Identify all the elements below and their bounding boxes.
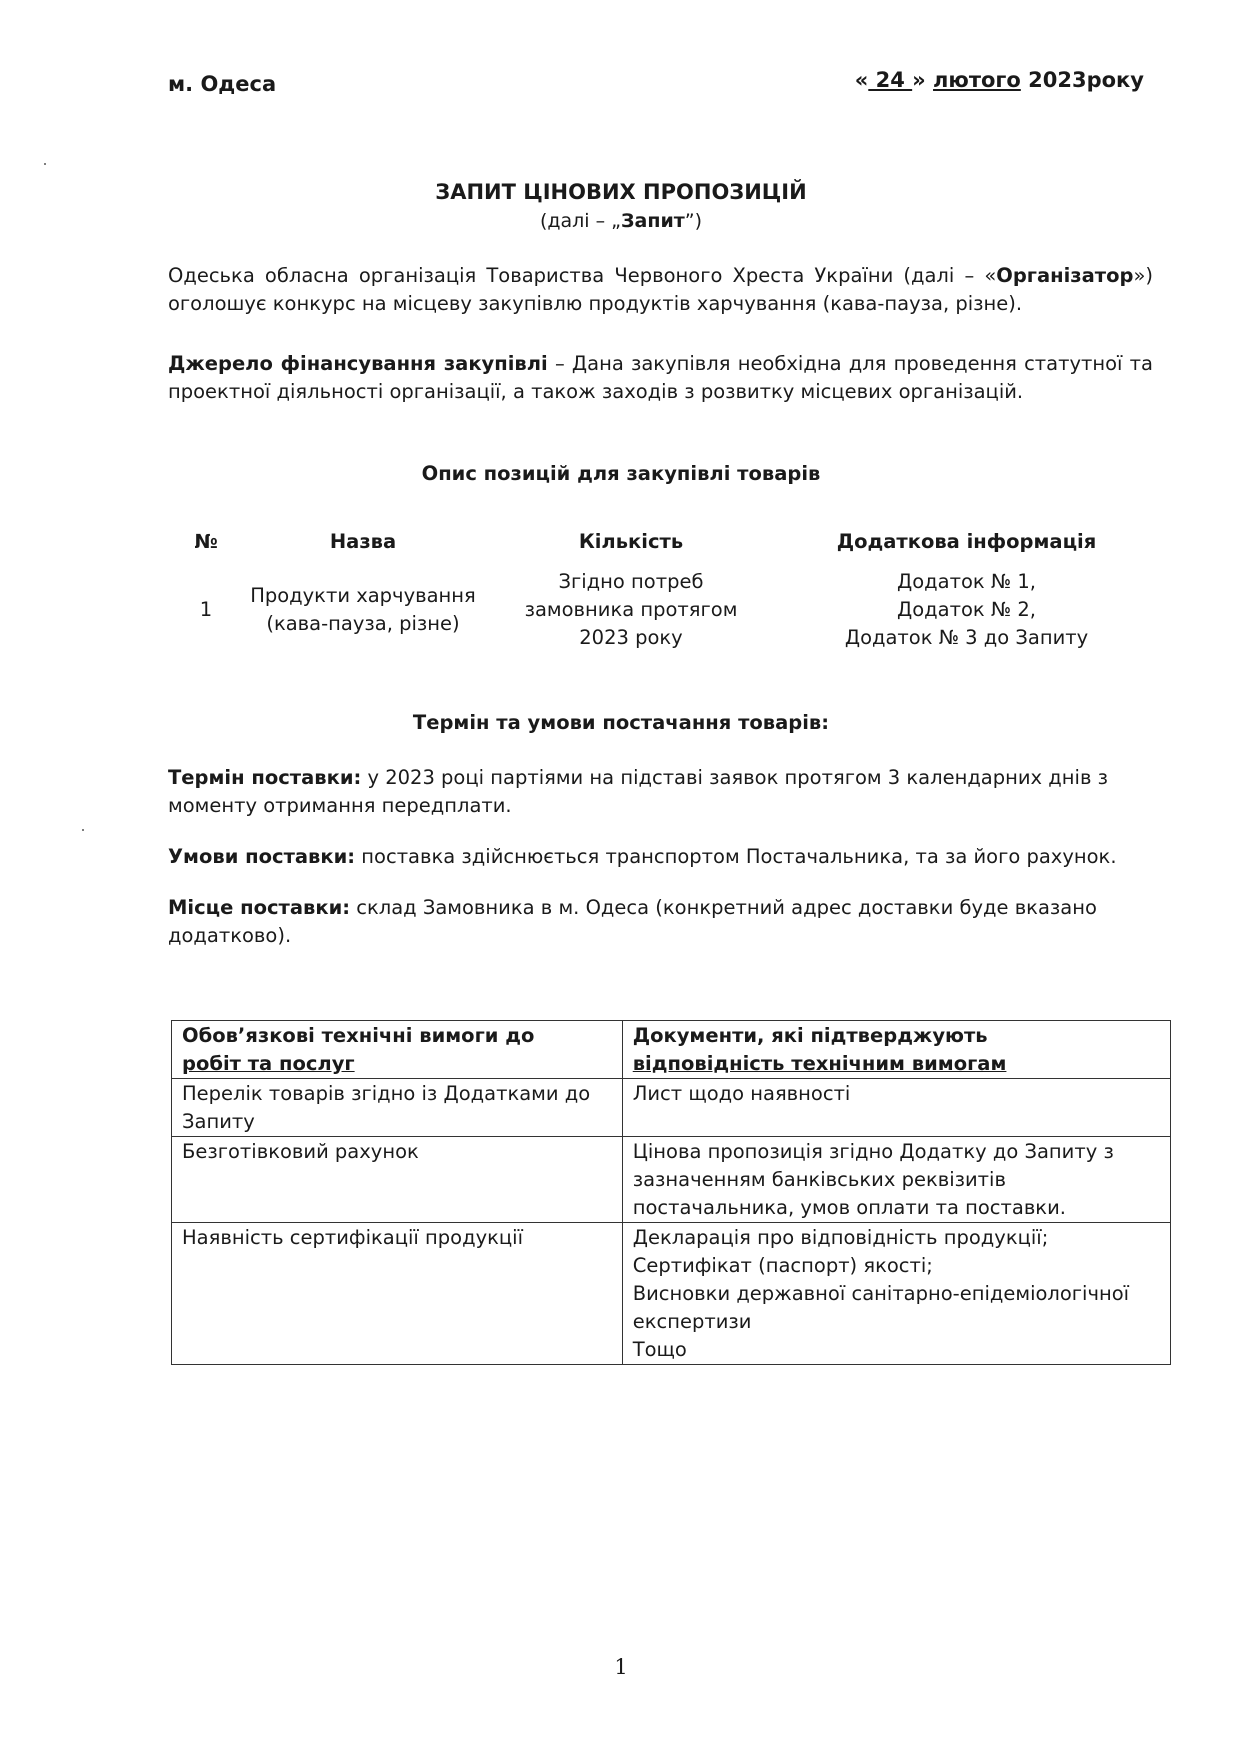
table-row: 1 Продукти харчування (кава-пауза, різне… [168,568,1153,652]
items-table-header: № Назва Кількість Додаткова інформація [168,528,1153,556]
item-quantity-line: 2023 року [482,624,780,652]
cell-line: Запиту [182,1108,612,1136]
funding-label: Джерело фінансування закупівлі [168,352,548,375]
intro-text-before: Одеська обласна організація Товариства Ч… [168,264,996,287]
item-name-line: (кава-пауза, різне) [250,610,476,638]
cell-line: Тощо [633,1336,1160,1364]
item-info-line: Додаток № 3 до Запиту [780,624,1153,652]
item-quantity-line: Згідно потреб [482,568,780,596]
table-row: Безготівковий рахунок Цінова пропозиція … [172,1137,1171,1223]
delivery-term-label: Термін поставки: [168,766,361,789]
document-subtitle: (далі – „Запит”) [0,210,1242,232]
cell-line: Перелік товарів згідно із Додатками до [182,1080,612,1108]
subtitle-suffix: ”) [685,210,702,232]
date-open-quote: « [855,68,869,92]
item-number: 1 [168,568,244,652]
intro-paragraph: Одеська обласна організація Товариства Ч… [168,262,1153,318]
column-header-number: № [168,528,244,556]
date-month: лютого [933,68,1021,92]
cell-line: експертизи [633,1308,1160,1336]
delivery-section-heading: Термін та умови постачання товарів: [0,711,1242,734]
scan-speck [44,163,46,165]
item-quantity: Згідно потреб замовника протягом 2023 ро… [482,568,780,652]
item-info-line: Додаток № 1, [780,568,1153,596]
requirements-table: Обов’язкові технічні вимоги до робіт та … [171,1020,1171,1365]
funding-paragraph: Джерело фінансування закупівлі – Дана за… [168,350,1153,406]
item-info: Додаток № 1, Додаток № 2, Додаток № 3 до… [780,568,1153,652]
delivery-place-paragraph: Місце поставки: склад Замовника в м. Оде… [168,894,1158,950]
delivery-conditions-text: поставка здійснюється транспортом Постач… [355,845,1116,868]
delivery-conditions-paragraph: Умови поставки: поставка здійснюється тр… [168,843,1158,871]
cell-line: Висновки державної санітарно-епідеміолог… [633,1280,1160,1308]
cell-line: постачальника, умов оплати та поставки. [633,1194,1160,1222]
delivery-term-paragraph: Термін поставки: у 2023 році партіями на… [168,764,1158,820]
items-section-heading: Опис позицій для закупівлі товарів [0,462,1242,485]
item-info-line: Додаток № 2, [780,596,1153,624]
cell-line: Цінова пропозиція згідно Додатку до Запи… [633,1138,1160,1166]
items-table: № Назва Кількість Додаткова інформація 1… [168,528,1153,652]
header-line: Обов’язкові технічні вимоги до [182,1022,612,1050]
header-line: Документи, які підтверджують [633,1022,1160,1050]
header-line: робіт та послуг [182,1050,612,1078]
cell-line: Декларація про відповідність продукції; [633,1224,1160,1252]
documents-cell: Лист щодо наявності [622,1079,1170,1137]
subtitle-bold: Запит [621,210,685,232]
cell-line: Лист щодо наявності [633,1080,1160,1108]
requirement-cell: Безготівковий рахунок [172,1137,623,1223]
document-title: ЗАПИТ ЦІНОВИХ ПРОПОЗИЦІЙ [0,180,1242,204]
city-label: м. Одеса [168,72,276,96]
requirement-cell: Наявність сертифікації продукції [172,1223,623,1365]
organizer-label: Організатор [996,264,1133,287]
requirement-cell: Перелік товарів згідно із Додатками до З… [172,1079,623,1137]
cell-line: зазначенням банківських реквізитів [633,1166,1160,1194]
documents-cell: Декларація про відповідність продукції; … [622,1223,1170,1365]
cell-line: Безготівковий рахунок [182,1138,612,1166]
date-day: 24 [868,68,912,92]
requirements-table-header: Обов’язкові технічні вимоги до робіт та … [172,1021,1171,1079]
table-row: Наявність сертифікації продукції Деклара… [172,1223,1171,1365]
scan-speck [82,829,84,831]
column-header-quantity: Кількість [482,528,780,556]
item-name: Продукти харчування (кава-пауза, різне) [244,568,482,652]
table-row: Перелік товарів згідно із Додатками до З… [172,1079,1171,1137]
date-year: 2023року [1028,68,1144,92]
document-page: м. Одеса « 24 » лютого 2023року ЗАПИТ ЦІ… [0,0,1242,1755]
page-number: 1 [0,1655,1242,1679]
header-line: відповідність технічним вимогам [633,1050,1160,1078]
header-documents: Документи, які підтверджують відповідніс… [622,1021,1170,1079]
column-header-info: Додаткова інформація [780,528,1153,556]
cell-line: Сертифікат (паспорт) якості; [633,1252,1160,1280]
item-quantity-line: замовника протягом [482,596,780,624]
date-close-quote: » [912,68,926,92]
subtitle-prefix: (далі – „ [540,210,621,232]
delivery-place-label: Місце поставки: [168,896,350,919]
delivery-conditions-label: Умови поставки: [168,845,355,868]
item-name-line: Продукти харчування [250,582,476,610]
documents-cell: Цінова пропозиція згідно Додатку до Запи… [622,1137,1170,1223]
document-date: « 24 » лютого 2023року [855,68,1144,92]
header-requirements: Обов’язкові технічні вимоги до робіт та … [172,1021,623,1079]
cell-line: Наявність сертифікації продукції [182,1224,612,1252]
column-header-name: Назва [244,528,482,556]
